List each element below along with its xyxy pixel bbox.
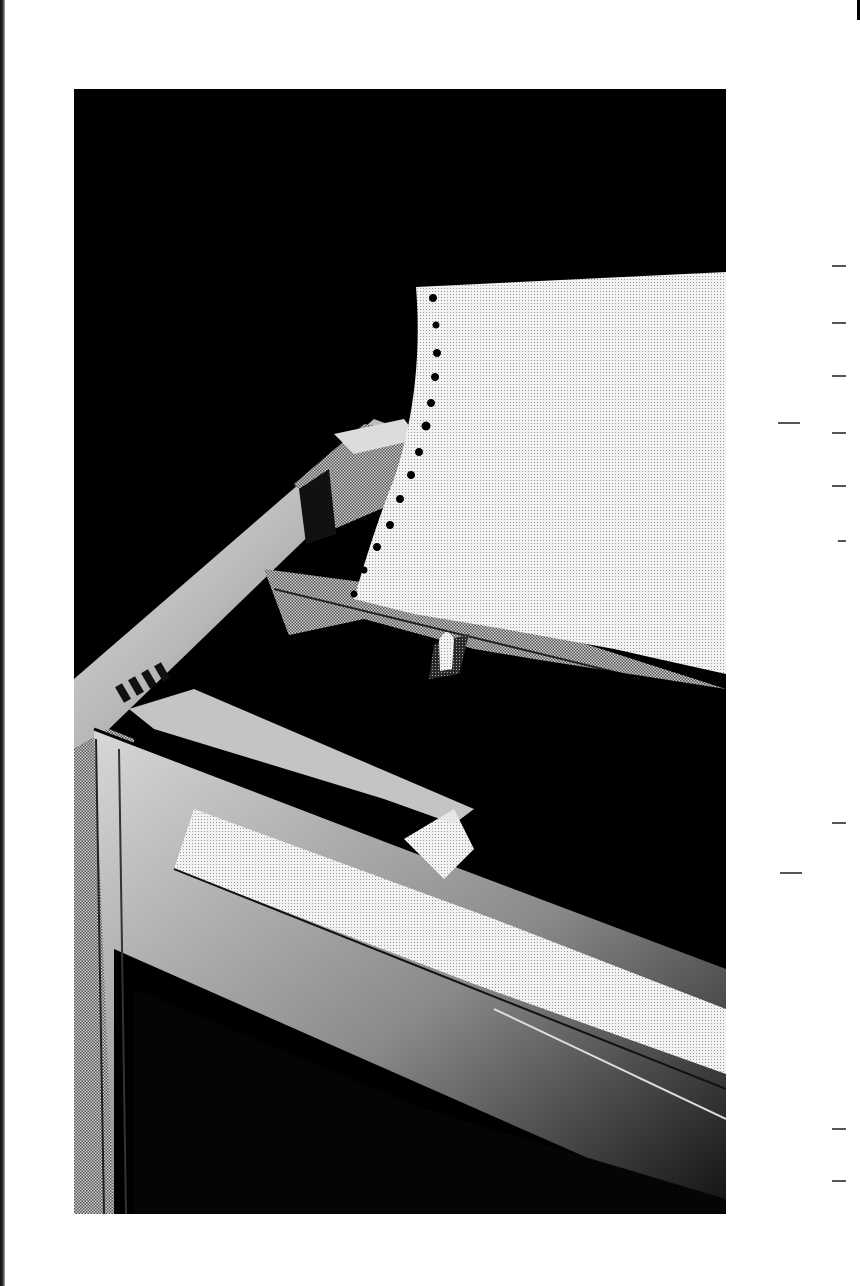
margin-mark [832,265,846,267]
margin-mark [832,485,846,487]
margin-mark [832,432,846,434]
scan-edge-left [0,0,5,1286]
paper-bail-knob [439,632,454,671]
margin-mark [838,540,846,542]
printer-photograph [74,89,726,1214]
margin-mark [832,1128,846,1130]
margin-mark [778,422,800,424]
margin-mark [832,1180,846,1182]
margin-mark [832,375,846,377]
margin-mark [780,872,802,874]
margin-mark [832,322,846,324]
margin-mark [832,822,846,824]
